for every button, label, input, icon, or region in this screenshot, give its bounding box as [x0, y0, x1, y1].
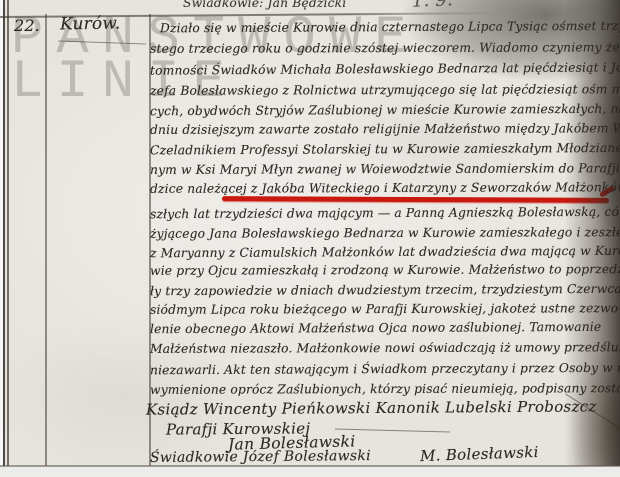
handwritten-line: Małżeństwa niezaszło. Małżonkowie nowi o…	[150, 340, 620, 356]
handwritten-line: zefa Bolesławskiego z Rolnictwa utrzymuj…	[150, 82, 620, 98]
handwritten-line: Działo się w mieście Kurowie dnia cztern…	[160, 19, 620, 36]
handwritten-line: szłych lat trzydzieści dwa mającym — a P…	[150, 205, 620, 222]
record-number: 22.	[14, 19, 40, 33]
officiant-signature-line1: Ksiądz Wincenty Pieńkowski Kanonik Lubel…	[146, 399, 597, 416]
table-rule-left-inner	[7, 0, 9, 466]
table-rule-left-outer	[3, 0, 5, 466]
handwritten-line: cych, obydwóch Stryjów Zaślubionej w mie…	[150, 102, 620, 118]
page-header-numeral: 1. 9.	[412, 0, 453, 9]
handwritten-line: nym w Ksi Maryi Młyn zwanej w Woiewodztw…	[150, 161, 620, 177]
red-underline-annotation	[222, 196, 609, 203]
table-rule-number-column	[45, 14, 47, 466]
paper-scan: PANSTWOWE LINIE Świadkowie: Jan Będzicki…	[0, 0, 620, 466]
handwritten-line: tomności Świadków Michała Bolesławskiego…	[150, 60, 620, 77]
witness-signature-2: M. Bolesławski	[420, 445, 539, 463]
handwritten-line: Czeladnikiem Professyi Stolarskiej tu w …	[150, 141, 620, 158]
handwritten-line: z Maryanny z Ciamulskich Małżonków lat d…	[150, 244, 620, 261]
handwritten-line: niezawarli. Akt ten stawającym i Świadko…	[150, 361, 620, 378]
witness-signature-1: Świadkowie Józef Bolesławski	[150, 449, 371, 465]
page-header-fragment: Świadkowie: Jan Będzicki	[183, 0, 346, 10]
handwritten-line: stego trzeciego roku o godzinie szóstej …	[150, 40, 620, 56]
handwritten-line: wymienione oprócz Zaślubionych, którzy p…	[150, 381, 620, 397]
handwritten-line-underlined: dzice należącej z Jakóba Witeckiego i Ka…	[150, 180, 620, 196]
handwritten-line: wie przy Ojcu zamieszkałą i zrodzoną w K…	[150, 262, 620, 278]
record-place-name: Kurów.	[60, 16, 121, 31]
handwritten-line: lenie obecnego Aktowi Małżeństwa Ojca no…	[150, 320, 601, 336]
scan-background-strip	[0, 467, 620, 477]
handwritten-line: dniu dzisiejszym zawarte zostało religij…	[150, 121, 620, 137]
handwritten-line: żyjącego Jana Bolesławskiego Bednarza w …	[150, 225, 620, 241]
handwritten-line: siódmym Lipca roku bieżącego w Parafji K…	[150, 301, 620, 317]
scanned-register-page: PANSTWOWE LINIE Świadkowie: Jan Będzicki…	[0, 0, 620, 477]
handwritten-line: ły trzy zapowiedzie w dniach dwudziestym…	[150, 282, 620, 299]
